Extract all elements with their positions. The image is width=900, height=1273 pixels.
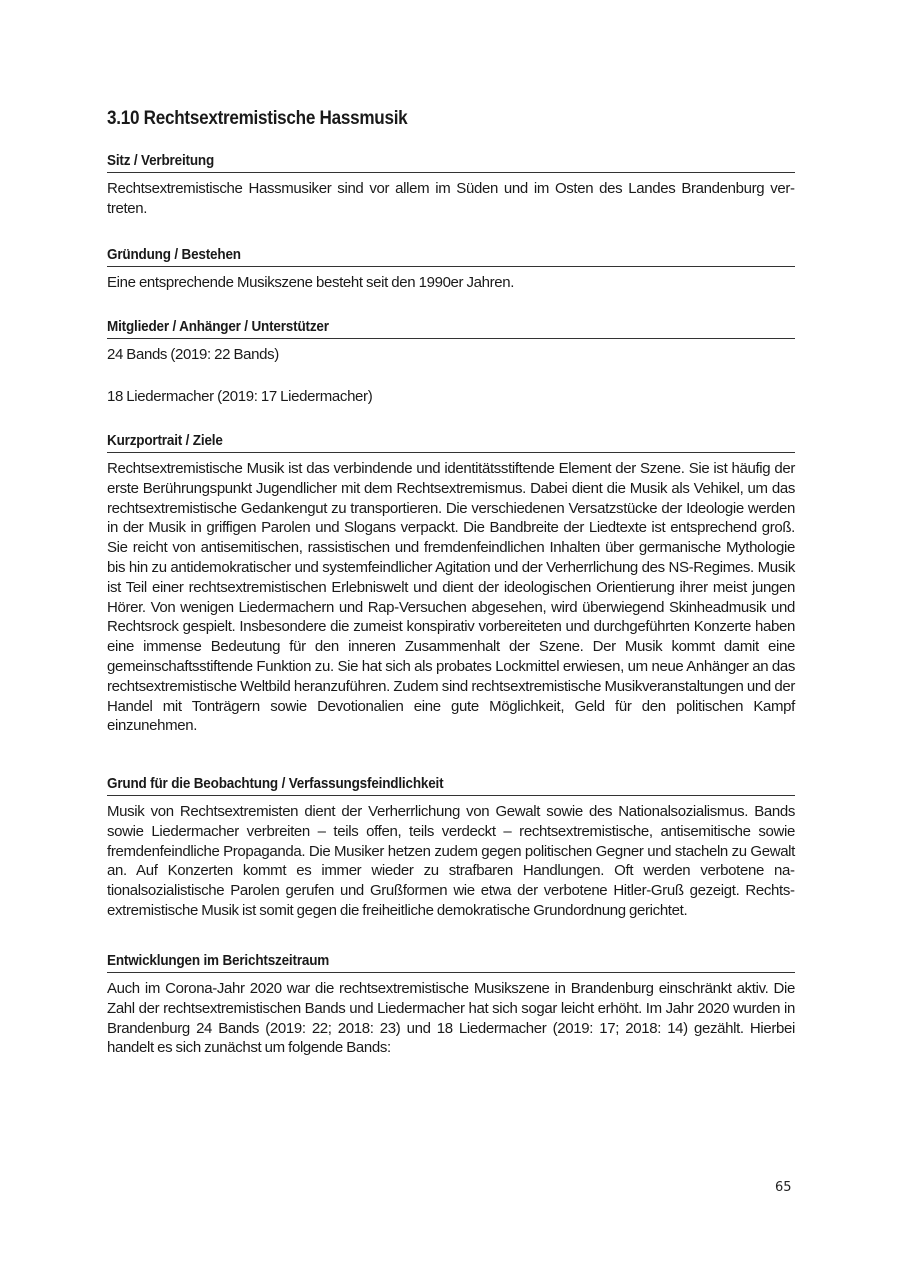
section-paragraph: Auch im Corona-Jahr 2020 war die rechtse… (107, 979, 795, 1058)
section-paragraph: 18 Liedermacher (2019: 17 Liedermacher) (107, 387, 795, 407)
section-heading: Sitz / Verbreitung (107, 152, 795, 173)
section-paragraph: Rechtsextremistische Hassmusiker sind vo… (107, 179, 795, 219)
section-paragraph: Eine entsprechende Musikszene besteht se… (107, 273, 795, 293)
section-heading: Grund für die Beobachtung / Verfassungsf… (107, 775, 795, 796)
section-sitz-verbreitung: Sitz / Verbreitung Rechtsextremistische … (107, 152, 795, 219)
section-heading: Mitglieder / Anhänger / Unterstützer (107, 318, 795, 339)
section-heading: Kurzportrait / Ziele (107, 432, 795, 453)
page-number: 65 (775, 1180, 792, 1195)
section-gruendung-bestehen: Gründung / Bestehen Eine entsprechende M… (107, 246, 795, 293)
page-title: 3.10 Rechtsextremistische Hassmusik (107, 108, 407, 130)
section-heading: Gründung / Bestehen (107, 246, 795, 267)
section-entwicklungen: Entwicklungen im Berichtszeitraum Auch i… (107, 952, 795, 1058)
section-kurzportrait-ziele: Kurzportrait / Ziele Rechtsextremistisch… (107, 432, 795, 736)
section-paragraph: Rechtsextremistische Musik ist das verbi… (107, 459, 795, 736)
section-paragraph: 24 Bands (2019: 22 Bands) (107, 345, 795, 365)
section-heading: Entwicklungen im Berichtszeitraum (107, 952, 795, 973)
section-paragraph: Musik von Rechtsextremisten dient der Ve… (107, 802, 795, 921)
section-grund-beobachtung: Grund für die Beobachtung / Verfassungsf… (107, 775, 795, 921)
section-mitglieder: Mitglieder / Anhänger / Unterstützer 24 … (107, 318, 795, 407)
